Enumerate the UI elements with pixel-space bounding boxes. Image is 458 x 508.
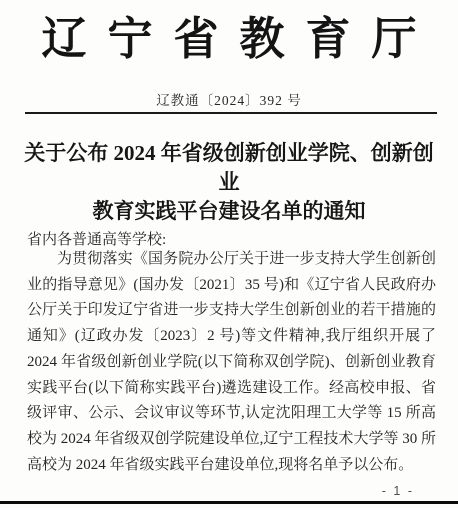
- body-paragraph: 为贯彻落实《国务院办公厅关于进一步支持大学生创新创业的指导意见》(国办发〔202…: [27, 247, 436, 478]
- document-number: 辽教通〔2024〕392 号: [0, 89, 458, 109]
- notice-title: 关于公布 2024 年省级创新创业学院、创新创业 教育实践平台建设名单的通知: [18, 139, 440, 226]
- agency-title: 辽宁省教育厅: [0, 2, 458, 67]
- header-divider-line: [25, 112, 437, 114]
- salutation-line: 省内各普通高等学校:: [27, 228, 437, 249]
- page-number: - 1 -: [382, 484, 414, 498]
- notice-title-line-2: 教育实践平台建设名单的通知: [18, 197, 440, 226]
- page-bottom-scan-edge: [0, 501, 458, 504]
- notice-title-line-1: 关于公布 2024 年省级创新创业学院、创新创业: [18, 139, 440, 197]
- scanned-document-page: 辽宁省教育厅 辽教通〔2024〕392 号 关于公布 2024 年省级创新创业学…: [0, 0, 458, 508]
